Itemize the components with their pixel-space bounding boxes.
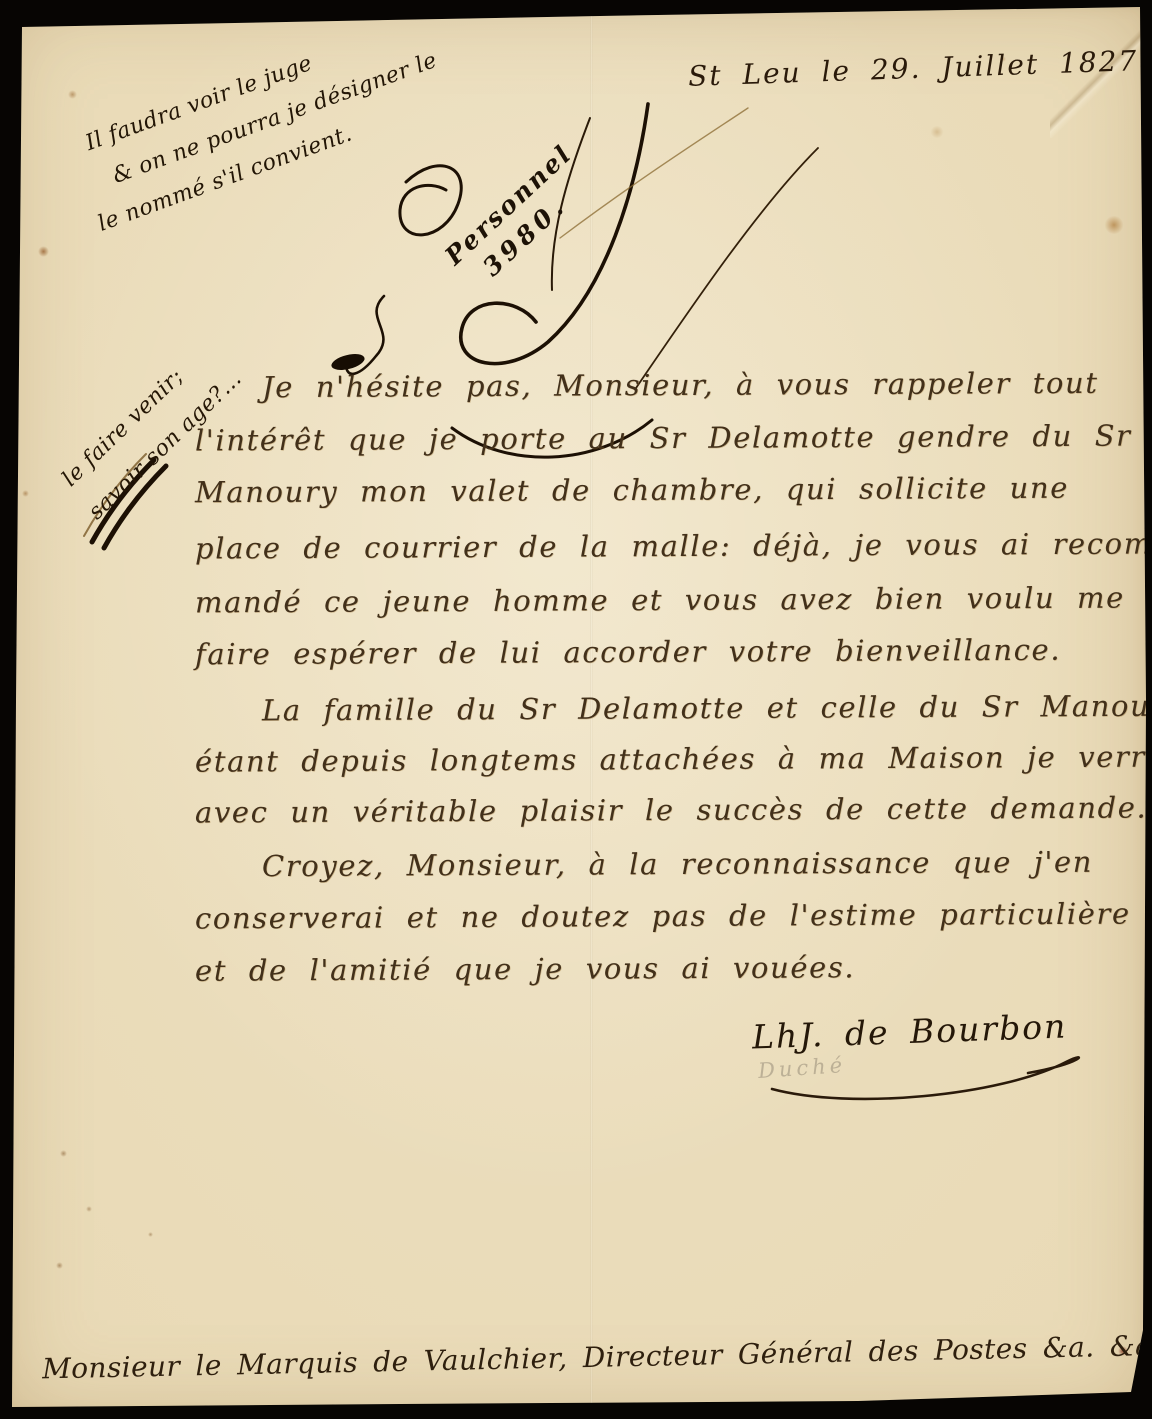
signature: LhJ. de Bourbon <box>751 1007 1068 1057</box>
foxing-spot <box>930 126 944 138</box>
body-line: place de courrier de la malle: déjà, je … <box>195 526 1152 565</box>
foxing-spot <box>56 1262 63 1269</box>
foxing-spot <box>1104 216 1124 234</box>
body-line: La famille du Sr Delamotte et celle du S… <box>262 689 1152 728</box>
foxing-spot <box>86 1206 92 1212</box>
body-line: Croyez, Monsieur, à la reconnaissance qu… <box>262 845 1093 883</box>
body-line: Manoury mon valet de chambre, qui sollic… <box>195 471 1069 510</box>
scan-background: St Leu le 29. Juillet 1827 Il faudra voi… <box>0 0 1152 1419</box>
body-line: Je n'hésite pas, Monsieur, à vous rappel… <box>262 366 1099 404</box>
top-annotation: Il faudra voir le juge & on ne pourra je… <box>80 4 457 239</box>
foxing-spot <box>60 1150 67 1157</box>
body-line: avec un véritable plaisir le succès de c… <box>195 791 1147 830</box>
foxing-spot <box>38 246 49 257</box>
address-line: Monsieur le Marquis de Vaulchier, Direct… <box>42 1328 1152 1386</box>
foxing-spot <box>68 90 77 99</box>
letter-page: St Leu le 29. Juillet 1827 Il faudra voi… <box>0 0 1152 1419</box>
body-line: mandé ce jeune homme et vous avez bien v… <box>195 581 1125 620</box>
foxing-spot <box>148 1232 153 1237</box>
body-line: et de l'amitié que je vous ai vouées. <box>195 950 855 987</box>
registry-mark: Personnel 3980. <box>438 137 603 297</box>
body-line: conserverai et ne doutez pas de l'estime… <box>195 897 1131 936</box>
body-line: l'intérêt que je porte au Sr Delamotte g… <box>195 419 1132 458</box>
pencil-note: Duché <box>757 1053 847 1083</box>
dateline: St Leu le 29. Juillet 1827 <box>688 44 1139 93</box>
body-line: étant depuis longtems attachées à ma Mai… <box>195 739 1152 778</box>
body-line: faire espérer de lui accorder votre bien… <box>195 633 1061 672</box>
foxing-spot <box>22 490 29 497</box>
